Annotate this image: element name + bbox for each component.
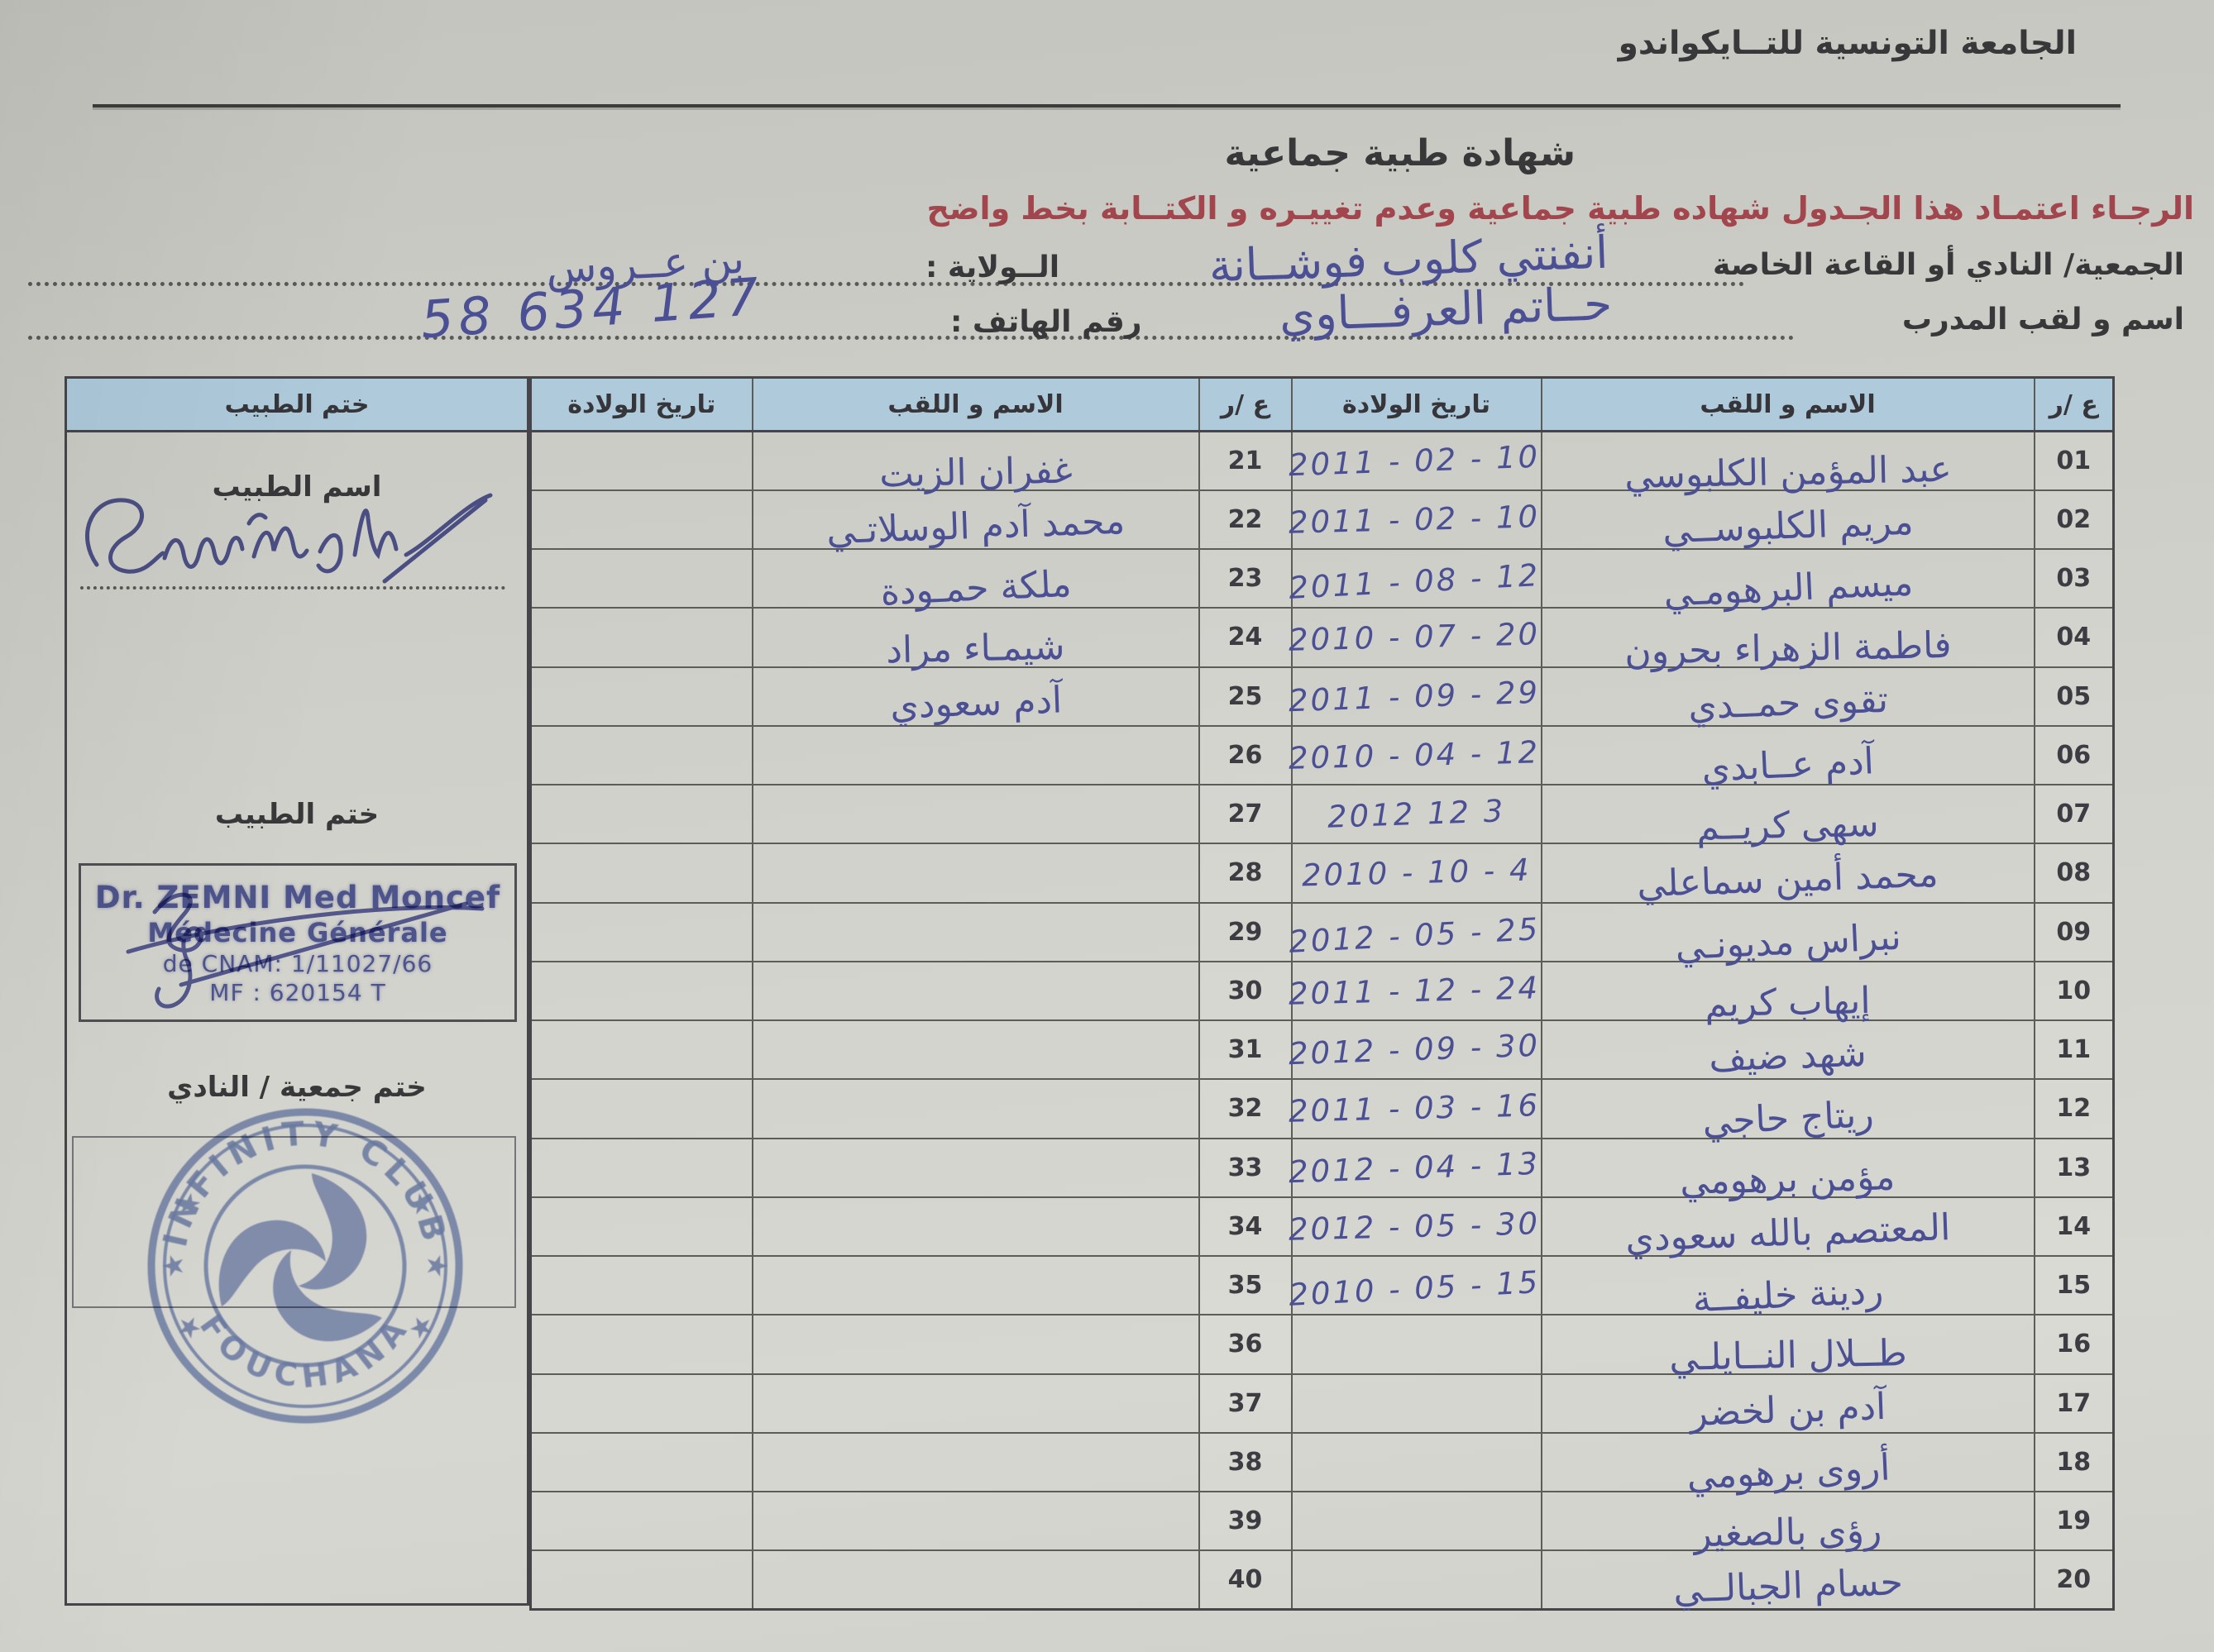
birthdate-cell: 2012 12 3 (1327, 793, 1506, 834)
row-number-cell: 14 (2035, 1197, 2114, 1256)
birthdate-cell: 2011 - 12 - 24 (1289, 970, 1541, 1011)
table-row: 14 المعتصم بالله سعودي 2012 - 05 - 30 34 (531, 1197, 2114, 1256)
coach-label: اسم و لقب المدرب (1902, 303, 2184, 337)
row-number-cell: 28 (1199, 843, 1292, 902)
name-cell: إيهاب كريم (1705, 980, 1871, 1025)
table-row: 15 ردينة خليفــة 2010 - 05 - 15 35 (531, 1256, 2114, 1315)
row-number-cell: 23 (1199, 549, 1292, 608)
name-cell: ميسم البرهومـي (1662, 561, 1914, 615)
doctor-stamp-signature-icon (75, 854, 515, 1024)
row-number-cell: 02 (2035, 490, 2114, 549)
name-cell: شيمـاء مراد (886, 626, 1065, 672)
row-number-cell: 31 (1199, 1020, 1292, 1079)
instruction-text: الرجـاء اعتمـاد هذا الجـدول شهاده طبية ج… (926, 190, 2194, 227)
row-number-cell: 30 (1199, 962, 1292, 1020)
row-number-cell: 01 (2035, 432, 2114, 490)
row-number-cell: 21 (1199, 432, 1292, 490)
birthdate-cell: 2012 - 05 - 30 (1289, 1206, 1541, 1247)
table-row: 20 حسام الجبالــي 40 (531, 1550, 2114, 1609)
table-row: 04 فاطمة الزهراء بحرون 2010 - 07 - 20 24… (531, 608, 2114, 666)
row-number-cell: 29 (1199, 903, 1292, 962)
medical-certificate-scan: الجامعة التونسية للتــايكواندو شهادة طبي… (0, 0, 2214, 1652)
row-number-cell: 16 (2035, 1315, 2114, 1373)
name-cell: ملكة حمـودة (880, 563, 1073, 614)
header-divider (93, 104, 2121, 107)
club-stamp-icon: INFINITY CLUB FOUCHANA ★ ★ ★ ★ ★ ★ (140, 1101, 471, 1431)
phone-label: رقم الهاتف : (950, 305, 1142, 339)
table-row: 01 عبد المؤمن الكلبوسي 2011 - 02 - 10 21… (531, 432, 2114, 490)
doctor-stamp-column: ختم الطبيب اسم الطبيب ختم الطبيب Dr. ZE (65, 376, 529, 1606)
table-row: 03 ميسم البرهومـي 2011 - 08 - 12 23 ملكة… (531, 549, 2114, 608)
row-number-cell: 25 (1199, 667, 1292, 726)
name-cell: ريتاج حاجي (1701, 1094, 1874, 1144)
row-number-cell: 11 (2035, 1020, 2114, 1079)
svg-text:★: ★ (157, 1253, 190, 1278)
row-number-cell: 19 (2035, 1492, 2114, 1550)
name-cell: آدم بن لخضر (1689, 1385, 1886, 1434)
doctor-stamp-label: ختم الطبيب (67, 798, 527, 831)
page-title: شهادة طبية جماعية (1224, 132, 1576, 174)
birthdate-cell: 2012 - 05 - 25 (1289, 911, 1542, 960)
table-row: 02 مريم الكلبوســي 2011 - 02 - 10 22 محم… (531, 490, 2114, 549)
name-cell: فاطمة الزهراء بحرون (1624, 624, 1952, 673)
header-num-right: ع /ر (2035, 378, 2114, 432)
row-number-cell: 35 (1199, 1256, 1292, 1315)
table-row: 12 ريتاج حاجي 2011 - 03 - 16 32 (531, 1079, 2114, 1138)
row-number-cell: 06 (2035, 726, 2114, 785)
name-cell: نبراس مديونـي (1674, 915, 1901, 967)
row-number-cell: 22 (1199, 490, 1292, 549)
table-row: 16 طــلال النــايلـي 36 (531, 1315, 2114, 1373)
row-number-cell: 38 (1199, 1433, 1292, 1492)
row-number-cell: 34 (1199, 1197, 1292, 1256)
row-number-cell: 39 (1199, 1492, 1292, 1550)
table-row: 18 أروى برهومي 38 (531, 1433, 2114, 1492)
row-number-cell: 26 (1199, 726, 1292, 785)
table-row: 11 شهد ضيف 2012 - 09 - 30 31 (531, 1020, 2114, 1079)
row-number-cell: 24 (1199, 608, 1292, 666)
birthdate-cell: 2012 - 09 - 30 (1289, 1028, 1541, 1072)
header-name-left: الاسم و اللقب (753, 378, 1199, 432)
table-row: 09 نبراس مديونـي 2012 - 05 - 25 29 (531, 903, 2114, 962)
table-header-row: ع /ر الاسم و اللقب تاريخ الولادة ع /ر ال… (531, 378, 2114, 432)
name-cell: سهى كريــم (1696, 803, 1879, 849)
name-cell: شهد ضيف (1709, 1033, 1867, 1081)
row-number-cell: 12 (2035, 1079, 2114, 1138)
birthdate-cell: 2010 - 10 - 4 (1301, 852, 1531, 894)
name-cell: ردينة خليفــة (1692, 1270, 1885, 1320)
row-number-cell: 10 (2035, 962, 2114, 1020)
table-row: 17 آدم بن لخضر 37 (531, 1374, 2114, 1433)
row-number-cell: 18 (2035, 1433, 2114, 1492)
row-number-cell: 07 (2035, 785, 2114, 843)
name-cell: تقوى حمــدي (1687, 678, 1888, 727)
birthdate-cell: 2011 - 08 - 12 (1289, 557, 1542, 606)
name-cell: مريم الكلبوســي (1662, 501, 1914, 552)
row-number-cell: 13 (2035, 1139, 2114, 1197)
birthdate-cell: 2010 - 04 - 12 (1289, 734, 1541, 776)
row-number-cell: 40 (1199, 1550, 1292, 1609)
doctor-signature-icon (72, 466, 527, 623)
name-cell: عبد المؤمن الكلبوسي (1624, 448, 1952, 497)
name-cell: محمد آدم الوسلاتـي (826, 500, 1126, 553)
name-cell: آدم عــابدي (1701, 740, 1875, 790)
birthdate-cell: 2011 - 02 - 10 (1289, 439, 1541, 484)
doctor-stamp-header: ختم الطبيب (67, 379, 527, 432)
header-num-left: ع /ر (1199, 378, 1292, 432)
birthdate-cell: 2010 - 05 - 15 (1289, 1264, 1542, 1313)
row-number-cell: 05 (2035, 667, 2114, 726)
name-cell: المعتصم بالله سعودي (1624, 1206, 1951, 1260)
name-cell: حسام الجبالــي (1672, 1561, 1903, 1611)
table-row: 06 آدم عــابدي 2010 - 04 - 12 26 (531, 726, 2114, 785)
birthdate-cell: 2011 - 02 - 10 (1289, 499, 1541, 540)
row-number-cell: 09 (2035, 903, 2114, 962)
birthdate-cell: 2010 - 07 - 20 (1289, 617, 1541, 658)
row-number-cell: 36 (1199, 1315, 1292, 1373)
header-birthdate-right: تاريخ الولادة (1292, 378, 1542, 432)
table-row: 05 تقوى حمــدي 2011 - 09 - 29 25 آدم سعو… (531, 667, 2114, 726)
birthdate-cell: 2011 - 03 - 16 (1289, 1088, 1541, 1129)
row-number-cell: 15 (2035, 1256, 2114, 1315)
coach-dotted-line (28, 336, 1795, 340)
table-row: 08 محمد أمين سماعلي 2010 - 10 - 4 28 (531, 843, 2114, 902)
row-number-cell: 03 (2035, 549, 2114, 608)
table-row: 10 إيهاب كريم 2011 - 12 - 24 30 (531, 962, 2114, 1020)
name-cell: رؤى بالصغير (1694, 1510, 1882, 1556)
svg-text:★: ★ (420, 1253, 453, 1278)
row-number-cell: 32 (1199, 1079, 1292, 1138)
row-number-cell: 08 (2035, 843, 2114, 902)
row-number-cell: 27 (1199, 785, 1292, 843)
table-row: 19 رؤى بالصغير 39 (531, 1492, 2114, 1550)
name-cell: طــلال النــايلـي (1669, 1332, 1907, 1379)
name-cell: غفران الزيت (879, 449, 1073, 495)
row-number-cell: 33 (1199, 1139, 1292, 1197)
birthdate-cell: 2012 - 04 - 13 (1289, 1145, 1541, 1190)
federation-title: الجامعة التونسية للتــايكواندو (1619, 25, 2077, 62)
row-number-cell: 37 (1199, 1374, 1292, 1433)
name-cell: محمد أمين سماعلي (1637, 853, 1939, 906)
roster-table: ع /ر الاسم و اللقب تاريخ الولادة ع /ر ال… (529, 376, 2115, 1611)
table-row: 13 مؤمن برهومي 2012 - 04 - 13 33 (531, 1139, 2114, 1197)
row-number-cell: 20 (2035, 1550, 2114, 1609)
row-number-cell: 04 (2035, 608, 2114, 666)
row-number-cell: 17 (2035, 1374, 2114, 1433)
name-cell: آدم سعودي (889, 679, 1063, 727)
header-birthdate-left: تاريخ الولادة (531, 378, 753, 432)
wilaya-label: الــولاية : (925, 251, 1059, 284)
table-row: 07 سهى كريــم 2012 12 3 27 (531, 785, 2114, 843)
header-name-right: الاسم و اللقب (1542, 378, 2035, 432)
name-cell: أروى برهومي (1686, 1446, 1891, 1497)
birthdate-cell: 2011 - 09 - 29 (1289, 674, 1541, 719)
club-stamp-label: ختم جمعية / النادي (67, 1071, 527, 1104)
name-cell: مؤمن برهومي (1680, 1156, 1896, 1202)
